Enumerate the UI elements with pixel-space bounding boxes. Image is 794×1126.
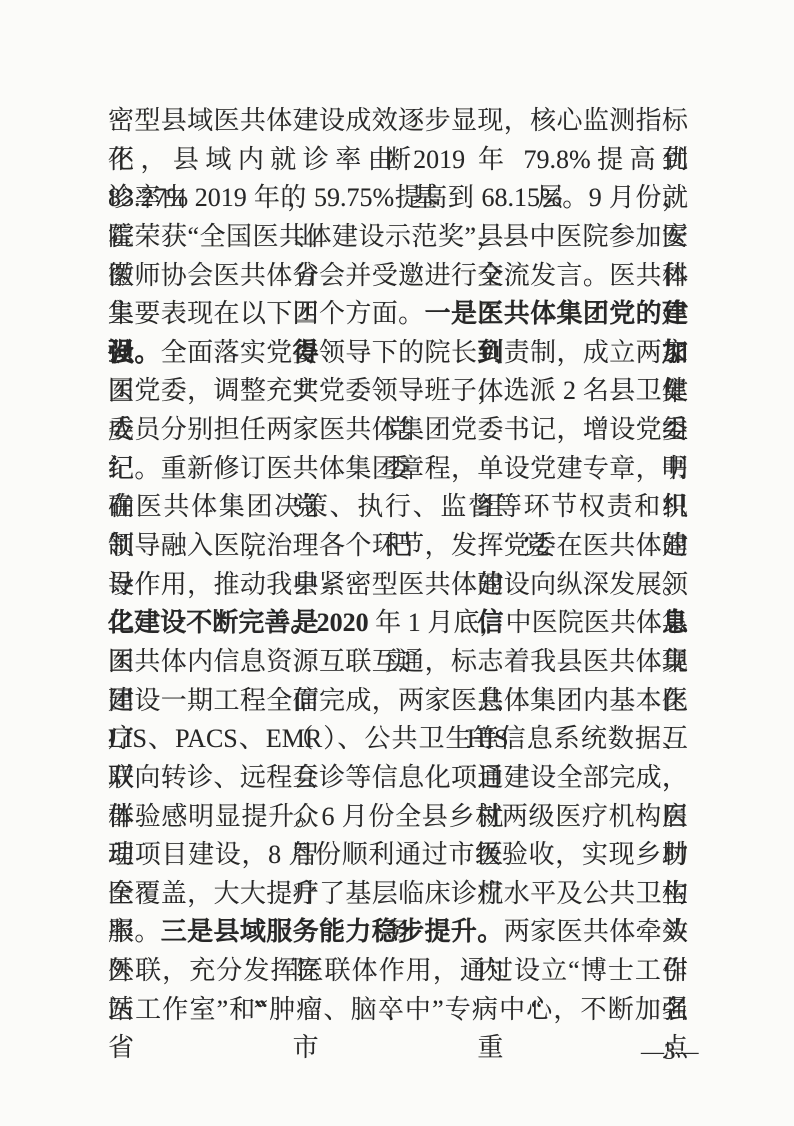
- text-line: 医工作室”和“肿瘤、脑卒中”专病中心，不断加强省市重点: [108, 991, 688, 1030]
- bold-text-segment: 化建设不断完善。: [108, 608, 317, 637]
- text-line: 领导融入医院治理各个环节，发挥党委在医共体建设中的领: [108, 527, 688, 566]
- text-line: 医师协会医共体分会并受邀进行交流发言。医共体集团工作: [108, 257, 688, 296]
- text-line: 建设一期工程全面完成，两家医共体集团内基本医疗（HIS、: [108, 682, 688, 721]
- text-line: 率。三是县域服务能力稳步提升。两家医共体牵头医院内引: [108, 913, 688, 952]
- text-line: 化建设不断完善。2020 年 1 月底，中医院医共体集团实现: [108, 604, 688, 643]
- text-line: 强。全面落实党委领导下的院长负责制，成立两家医共体集: [108, 334, 688, 373]
- text-line: 院荣获“全国医共体建设示范奖”，县中医院参加安徽省全科: [108, 218, 688, 257]
- body-text: 密型县域医共体建设成效逐步显现，核心监测指标不断优化，县域内就诊率由 2019 …: [108, 102, 688, 1029]
- text-line: 导作用，推动我县紧密型医共体建设向纵深发展。二是信息: [108, 566, 688, 605]
- text-segment: 医工作室”和“肿瘤、脑卒中”专病中心，不断加强省市重点: [108, 995, 688, 1063]
- text-line: 成员分别担任两家医共体集团党委书记，增设党委纪委书: [108, 411, 688, 450]
- text-line: 团党委，调整充实党委领导班子，选派 2 名县卫健委党组: [108, 372, 688, 411]
- bold-text-segment: 2020: [317, 608, 369, 637]
- text-line: LIS、PACS、EMR）、公共卫生等信息系统数据互联互通，: [108, 720, 688, 759]
- text-line: 记。重新修订医共体集团章程，单设党建专章，明确党组织: [108, 450, 688, 489]
- document-page: 密型县域医共体建设成效逐步显现，核心监测指标不断优化，县域内就诊率由 2019 …: [0, 0, 794, 1126]
- bold-text-segment: 强。: [108, 338, 161, 367]
- text-segment: 率。: [108, 917, 161, 946]
- text-line: 在医共体集团决策、执行、监督等环节权责和机制，把党的: [108, 488, 688, 527]
- text-line: 主要表现在以下四个方面。一是医共体集团党的建设得到加: [108, 295, 688, 334]
- text-segment: 导作用，推动我县紧密型医共体建设向纵深发展。: [108, 570, 688, 599]
- bold-text-segment: 三是县域服务能力稳步提升。: [161, 917, 504, 946]
- text-segment: 主要表现在以下四个方面。: [108, 299, 425, 328]
- text-line: 理项目建设，8 月份顺利通过市级验收，实现乡村医疗机构: [108, 836, 688, 875]
- text-line: 体验感明显提升。6 月份全县乡村两级医疗机构启动智医助: [108, 798, 688, 837]
- text-line: 外联，充分发挥医联体作用，通过设立“博士工作站”、“名: [108, 952, 688, 991]
- text-line: 化，县域内就诊率由 2019 年 79.8%提高到 83.27%，基层就: [108, 141, 688, 180]
- page-number: —3—: [641, 1039, 699, 1065]
- text-line: 双向转诊、远程会诊等信息化项目建设全部完成，群众就医: [108, 759, 688, 798]
- text-line: 诊率由 2019 年的 59.75%提高到 68.15%。9 月份，霍山县医: [108, 179, 688, 218]
- text-line: 全覆盖，大大提升了基层临床诊疗水平及公共卫生服务效: [108, 875, 688, 914]
- text-line: 密型县域医共体建设成效逐步显现，核心监测指标不断优: [108, 102, 688, 141]
- text-line: 医共体内信息资源互联互通，标志着我县医共体集团信息化: [108, 643, 688, 682]
